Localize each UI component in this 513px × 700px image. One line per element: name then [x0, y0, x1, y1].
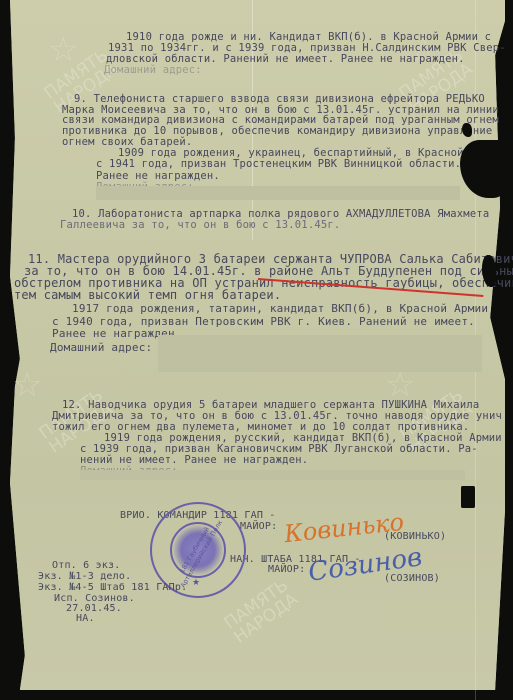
redacted-address — [96, 186, 460, 200]
redacted-address — [158, 335, 482, 372]
text-line: тем самым высокий темп огня батареи. — [14, 289, 281, 301]
redacted-address — [80, 470, 465, 480]
commander-rank: МАЙОР: — [240, 521, 277, 533]
paper-tear — [461, 486, 475, 508]
text-line: с 1941 года, призван Тростенецким РВК Ви… — [96, 158, 500, 170]
text-line: Домашний адрес: — [104, 64, 202, 76]
paper-tear — [462, 123, 472, 137]
text-line: Галлеевича за то, что он в бою с 13.01.4… — [60, 219, 340, 231]
watermark-star-icon: ☆ — [12, 365, 42, 405]
paper-tear — [482, 255, 496, 287]
stamp-star-icon: ★ — [192, 578, 200, 588]
text-line: Домашний адрес: — [50, 342, 152, 354]
footer-line: НА. — [76, 613, 95, 625]
paper-tear — [0, 520, 14, 580]
chief-rank: МАЙОР: — [268, 564, 305, 576]
text-line: 1917 года рождения, татарин, кандидат ВК… — [72, 303, 488, 315]
